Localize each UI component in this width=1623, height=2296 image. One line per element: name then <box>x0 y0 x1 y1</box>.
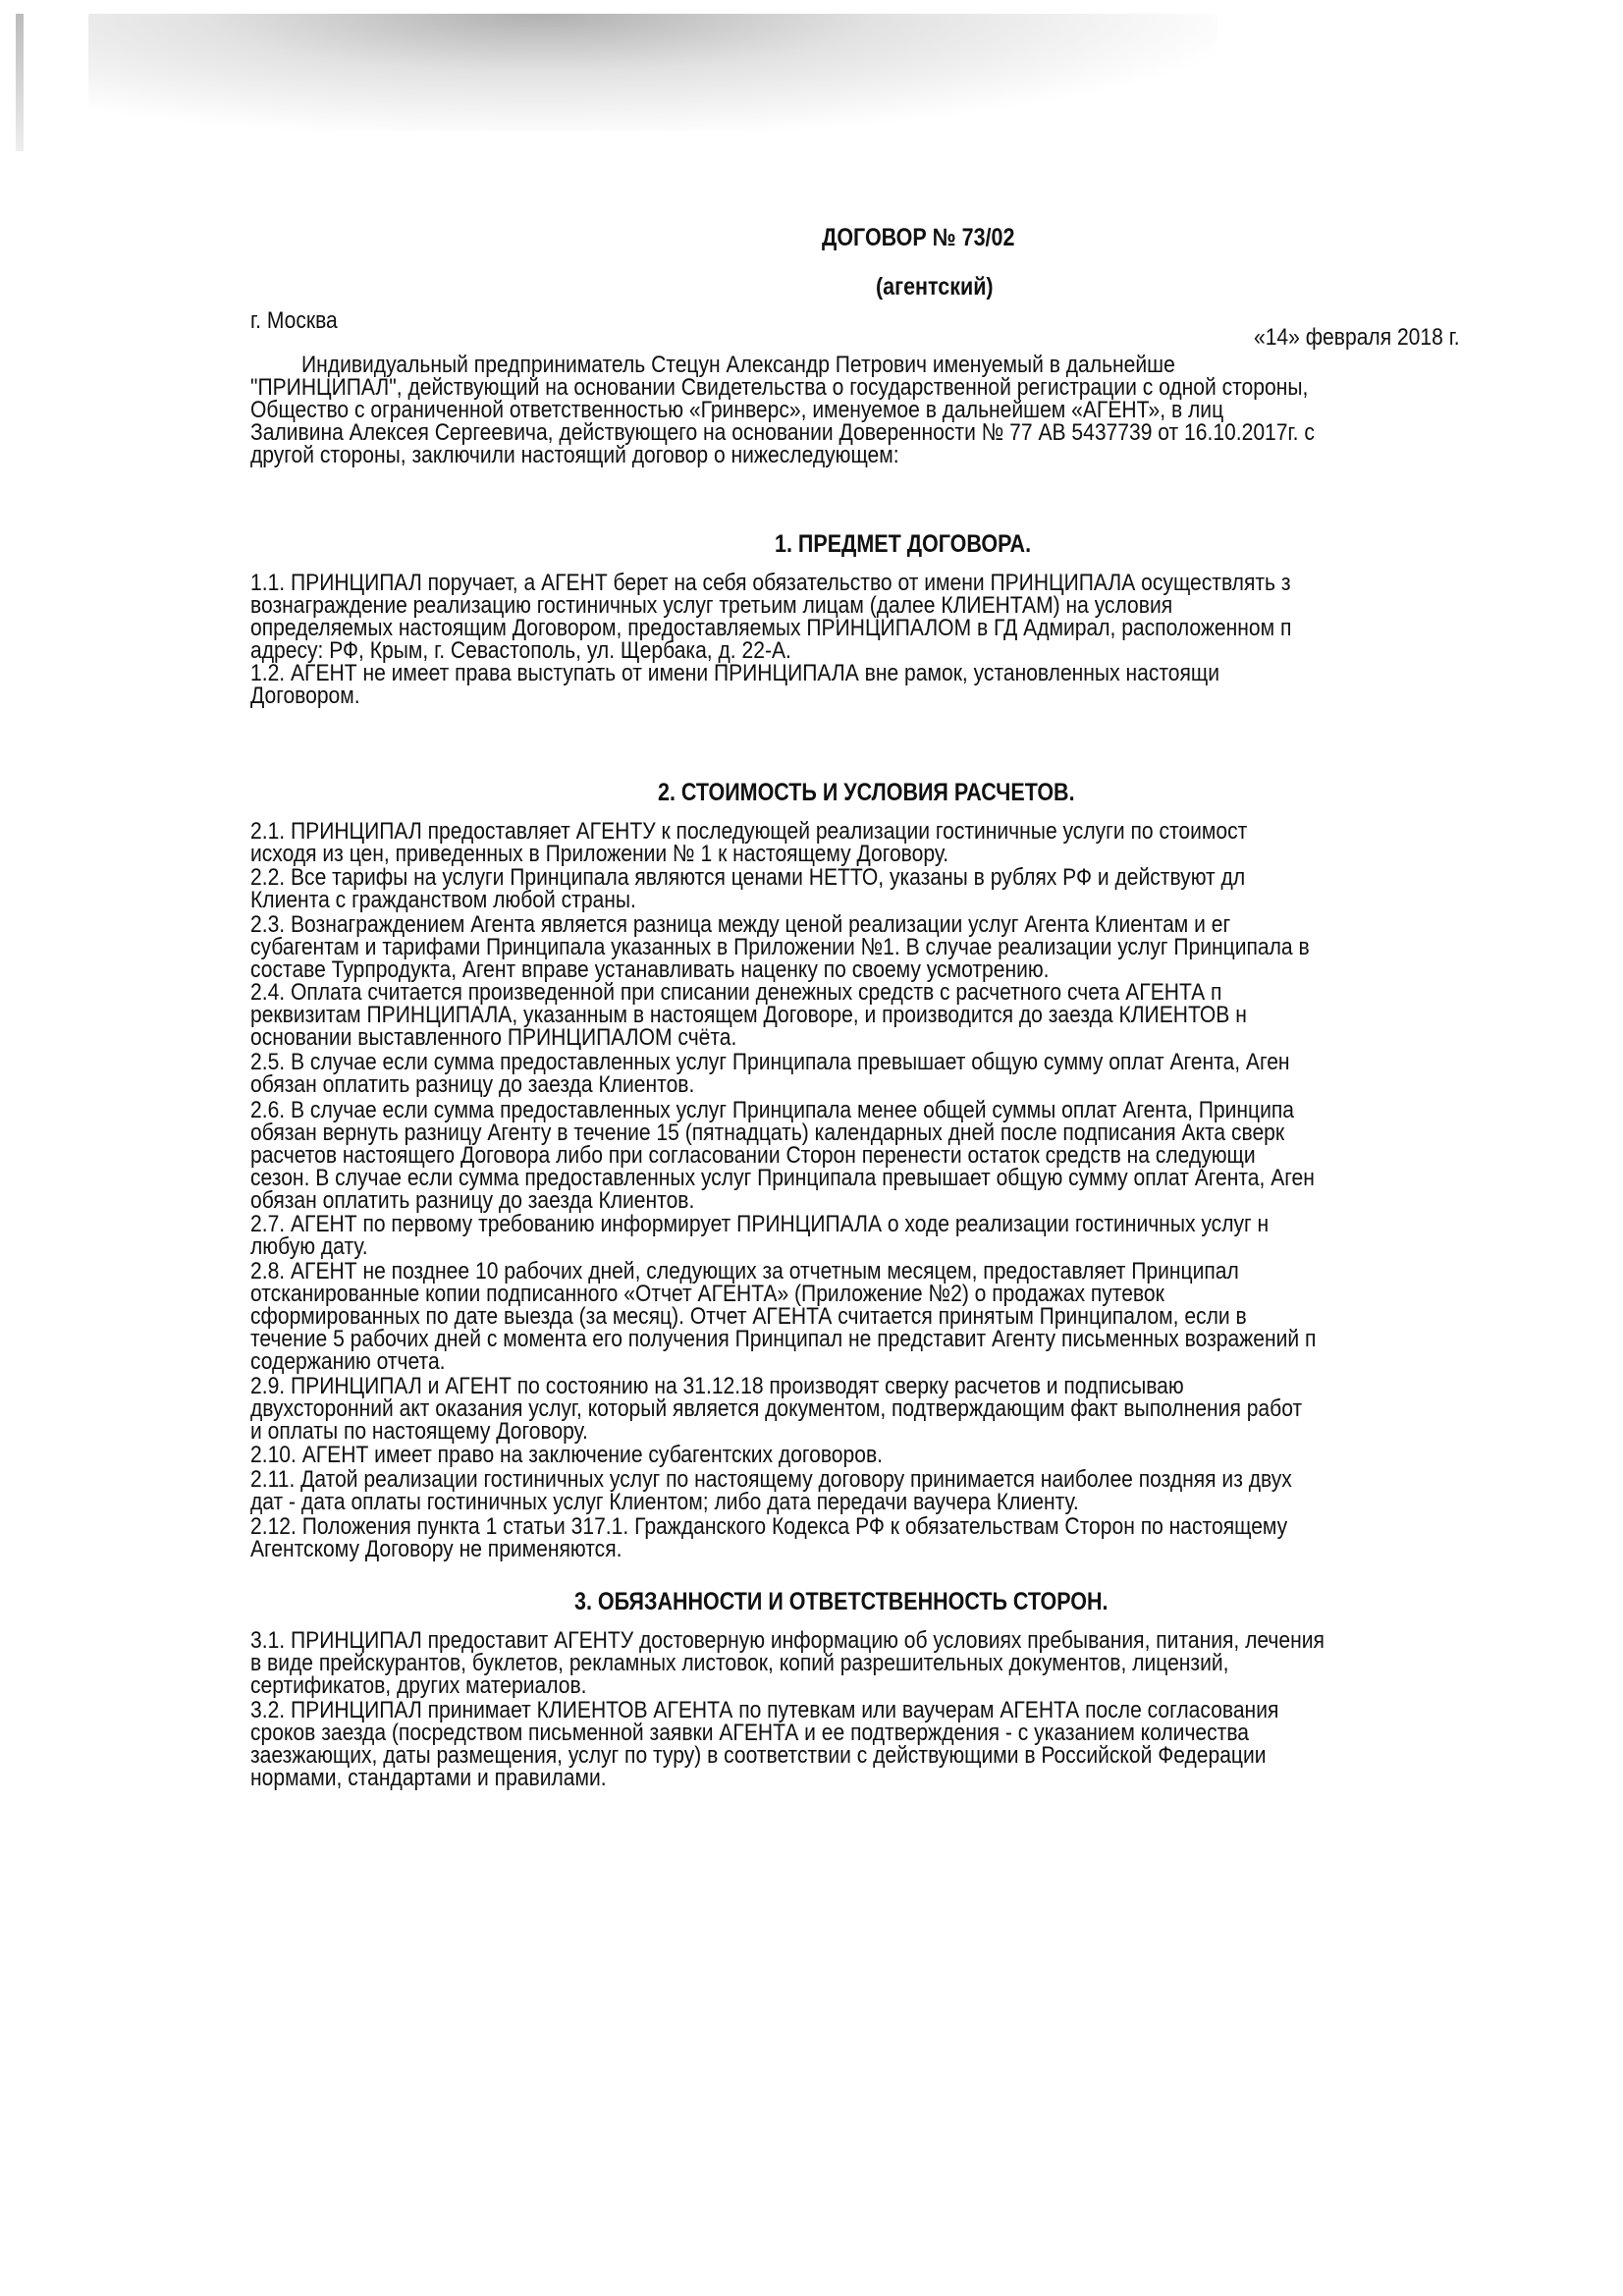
clause-line: содержанию отчета. <box>250 1348 446 1376</box>
clause-line: обязан оплатить разницу до заезда Клиент… <box>250 1071 694 1099</box>
clause-line: нормами, стандартами и правилами. <box>250 1765 607 1792</box>
clause-line: любую дату. <box>250 1233 368 1261</box>
preamble-line: другой стороны, заключили настоящий дого… <box>250 442 899 469</box>
section-heading: 2. СТОИМОСТЬ И УСЛОВИЯ РАСЧЕТОВ. <box>658 779 1075 807</box>
clause-line: 2.10. АГЕНТ имеет право на заключение су… <box>250 1442 883 1469</box>
scan-shadow <box>88 14 1217 132</box>
clause-line: сертификатов, других материалов. <box>250 1672 587 1700</box>
document-title: ДОГОВОР № 73/02 <box>822 224 1014 252</box>
clause-line: дат - дата оплаты гостиничных услуг Клие… <box>250 1489 1079 1516</box>
clause-line: 2.7. АГЕНТ по первому требованию информи… <box>250 1211 1269 1238</box>
scan-edge <box>16 14 24 151</box>
document-subtitle: (агентский) <box>876 273 994 301</box>
clause-line: Клиента с гражданством любой страны. <box>250 887 636 914</box>
document-date: «14» февраля 2018 г. <box>1254 324 1460 352</box>
document-city: г. Москва <box>250 307 338 335</box>
clause-line: Договором. <box>250 683 360 710</box>
clause-line: 1.2. АГЕНТ не имеет права выступать от и… <box>250 660 1219 687</box>
section-heading: 3. ОБЯЗАННОСТИ И ОТВЕТСТВЕННОСТЬ СТОРОН. <box>574 1588 1109 1616</box>
clause-line: Агентскому Договору не применяются. <box>250 1536 622 1563</box>
clause-line: основании выставленного ПРИНЦИПАЛОМ счёт… <box>250 1024 736 1052</box>
section-heading: 1. ПРЕДМЕТ ДОГОВОРА. <box>775 530 1031 559</box>
